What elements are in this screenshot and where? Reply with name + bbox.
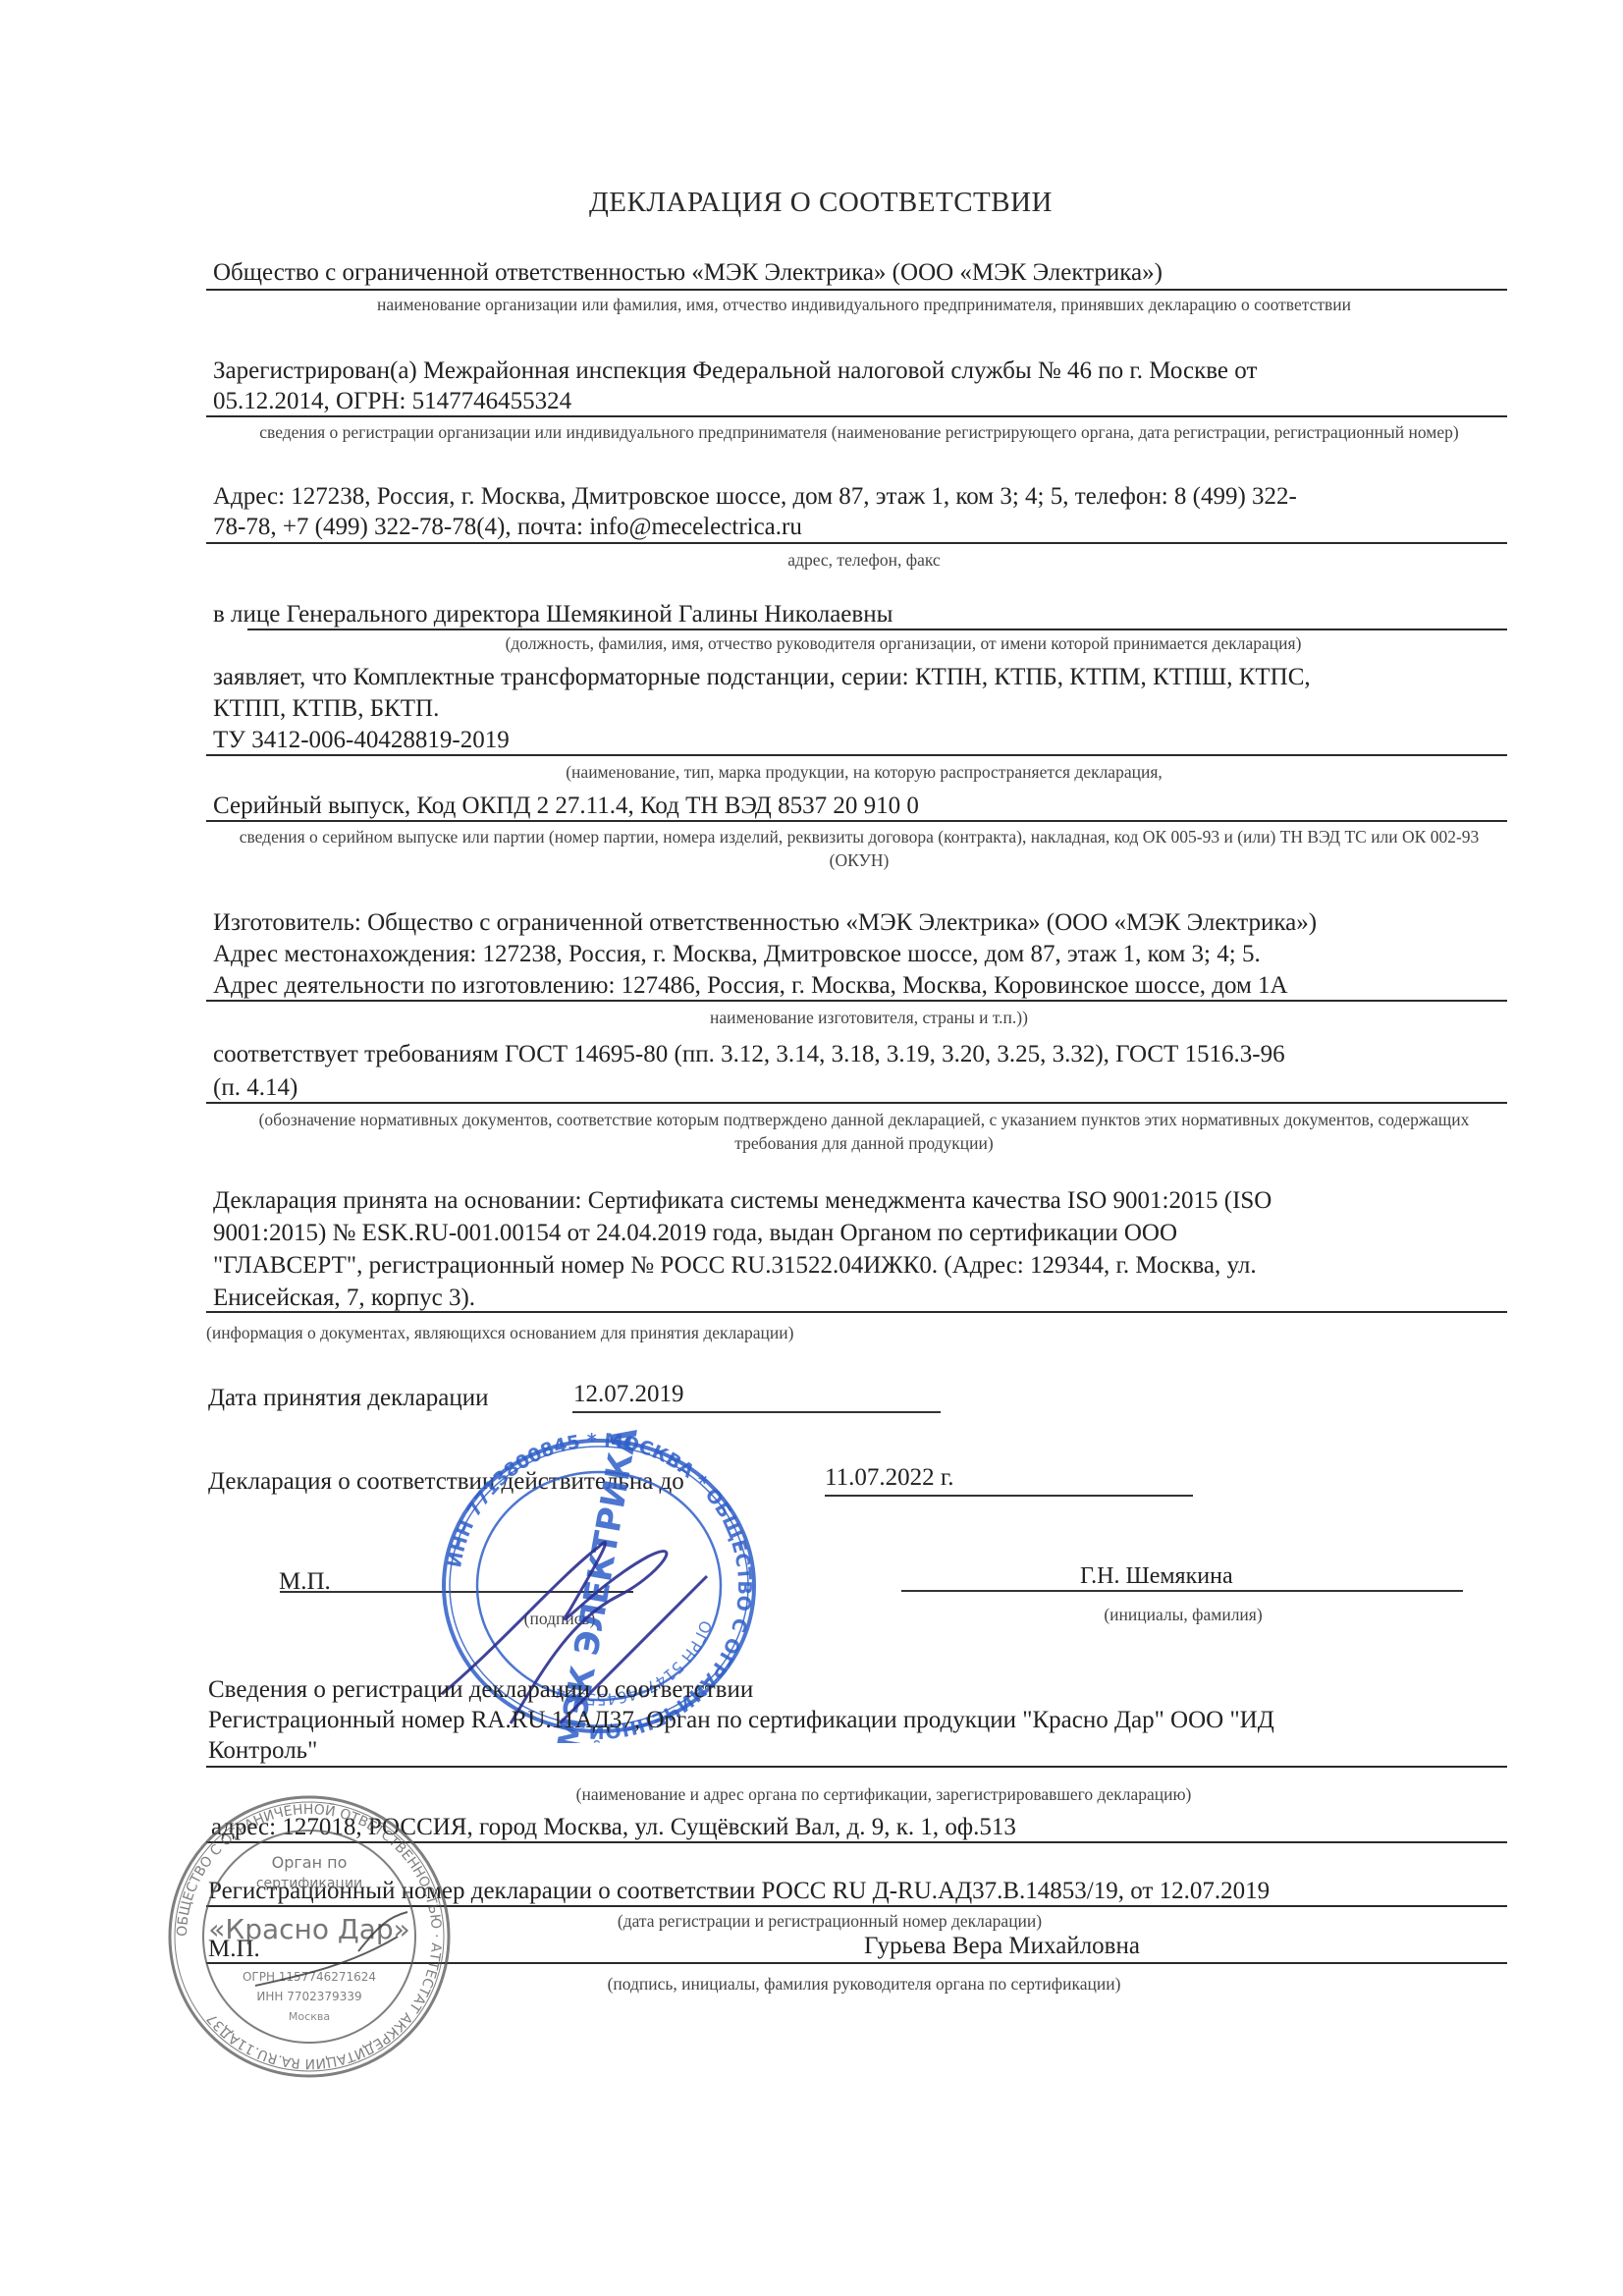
applicant-name: Общество с ограниченной ответственностью… [213,257,1163,288]
valid-until-value: 11.07.2022 г. [825,1462,954,1493]
address-note: адрес, телефон, факс [589,548,1139,572]
cert-body-head-name: Гурьева Вера Михайловна [864,1931,1140,1961]
manufacturer-line-1: Изготовитель: Общество с ограниченной от… [213,907,1317,938]
divider [206,289,1507,291]
basis-note: (информация о документах, являющихся осн… [206,1321,1041,1344]
signer-name: Г.Н. Шемякина [1080,1561,1233,1592]
basis-line-2: 9001:2015) № ESK.RU-001.00154 от 24.04.2… [213,1218,1177,1248]
divider [572,1411,941,1413]
representative: в лице Генерального директора Шемякиной … [213,599,893,629]
registration-line-1: Зарегистрирован(а) Межрайонная инспекция… [213,355,1257,386]
product-line-2: КТПП, КТПВ, БКТП. [213,693,439,724]
divider [825,1495,1193,1497]
product-line-1: заявляет, что Комплектные трансформаторн… [213,662,1311,692]
serial-note: сведения о серийном выпуске или партии (… [216,825,1502,872]
declaration-reg-note: (дата регистрации и регистрационный номе… [511,1909,1149,1933]
divider [206,754,1507,756]
registration-body-note: (наименование и адрес органа по сертифик… [393,1782,1375,1806]
serial-info: Серийный выпуск, Код ОКПД 2 27.11.4, Код… [213,791,919,821]
registration-line-1: Регистрационный номер RA.RU.11АД37, Орга… [208,1705,1274,1735]
divider [206,1000,1507,1002]
compliance-line-2: (п. 4.14) [213,1072,298,1103]
divider [247,629,1507,630]
basis-line-3: "ГЛАВСЕРТ", регистрационный номер № РОСС… [213,1250,1257,1281]
registration-line-2: Контроль" [208,1735,317,1766]
cert-body-stamp-icon: ОБЩЕСТВО С ОГРАНИЧЕННОЙ ОТВЕТСТВЕННОСТЬЮ… [162,1789,457,2084]
svg-text:сертификации: сертификации [256,1876,362,1891]
basis-line-1: Декларация принята на основании: Сертифи… [213,1185,1271,1216]
applicant-name-note: наименование организации или фамилия, им… [245,293,1483,316]
cert-body-head-note: (подпись, инициалы, фамилия руководителя… [491,1972,1237,1995]
divider [206,1102,1507,1104]
document-title: ДЕКЛАРАЦИЯ О СООТВЕТСТВИИ [589,187,1053,219]
address-line-2: 78-78, +7 (499) 322-78-78(4), почта: inf… [213,512,802,542]
manufacturer-line-3: Адрес деятельности по изготовлению: 1274… [213,970,1288,1001]
accepted-date-value: 12.07.2019 [573,1379,684,1409]
manufacturer-line-2: Адрес местонахождения: 127238, Россия, г… [213,939,1261,969]
accepted-date-label: Дата принятия декларации [208,1383,489,1413]
basis-line-4: Енисейская, 7, корпус 3). [213,1283,475,1313]
registration-note: сведения о регистрации организации или и… [206,420,1512,444]
representative-note: (должность, фамилия, имя, отчество руков… [324,631,1483,655]
product-line-3: ТУ 3412-006-40428819-2019 [213,725,510,755]
registration-heading: Сведения о регистрации декларации о соот… [208,1674,753,1705]
divider [206,1311,1507,1313]
divider [206,415,1507,417]
svg-text:«Красно Дар»: «Красно Дар» [208,1913,410,1945]
address-line-1: Адрес: 127238, Россия, г. Москва, Дмитро… [213,481,1297,512]
registration-line-2: 05.12.2014, ОГРН: 5147746455324 [213,386,571,416]
manufacturer-note: наименование изготовителя, страны и т.п.… [589,1006,1149,1029]
divider [206,820,1507,822]
compliance-note: (обозначение нормативных документов, соо… [221,1108,1507,1155]
svg-text:Москва: Москва [289,2010,330,2023]
divider [206,1766,1507,1768]
svg-text:ИНН 7702379339: ИНН 7702379339 [256,1990,361,2003]
divider [901,1590,1463,1592]
product-note: (наименование, тип, марка продукции, на … [324,760,1404,784]
divider [206,542,1507,544]
svg-text:Орган по: Орган по [272,1853,348,1872]
signer-name-note: (инициалы, фамилия) [1060,1603,1306,1626]
compliance-line-1: соответствует требованиям ГОСТ 14695-80 … [213,1039,1285,1069]
